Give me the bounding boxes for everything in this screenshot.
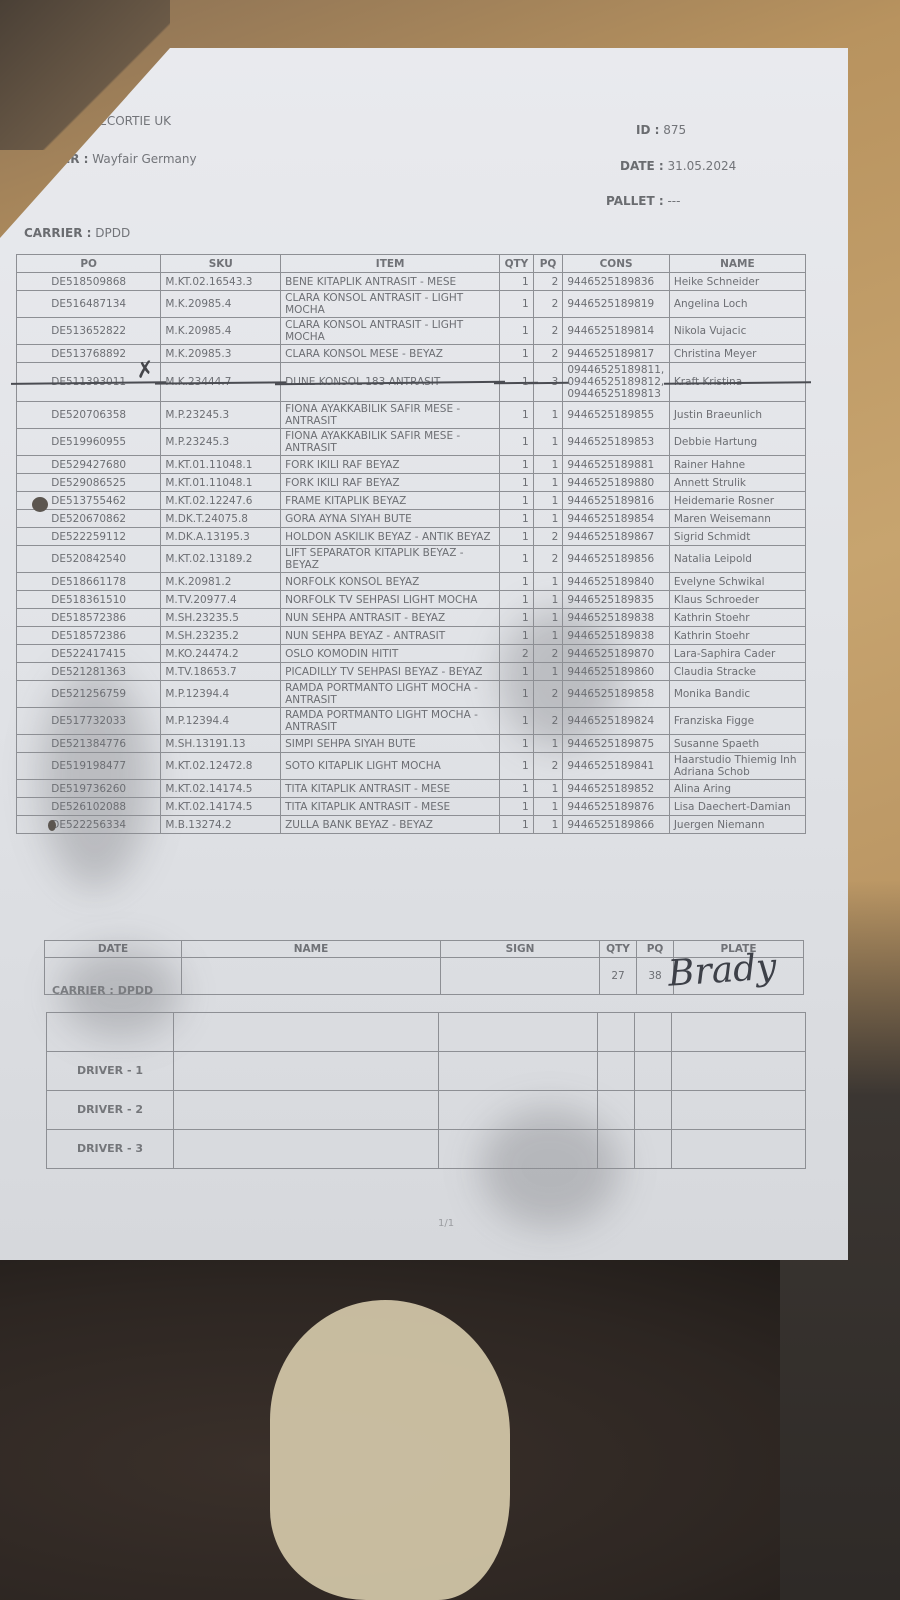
table-row: DE513652822M.K.20985.4CLARA KONSOL ANTRA… xyxy=(17,318,806,345)
cell-qty: 1 xyxy=(500,735,533,753)
cell-cons: 9446525189838 xyxy=(563,627,669,645)
cell-cons: 9446525189876 xyxy=(563,798,669,816)
cell-sku: M.TV.20977.4 xyxy=(161,591,281,609)
cell-cons: 9446525189858 xyxy=(563,681,669,708)
table-row: DE518572386M.SH.23235.2NUN SEHPA BEYAZ -… xyxy=(17,627,806,645)
cell-cons: 9446525189841 xyxy=(563,753,669,780)
cell-item: PICADILLY TV SEHPASI BEYAZ - BEYAZ xyxy=(281,663,500,681)
driver-row: DRIVER - 3 xyxy=(47,1130,806,1169)
cell-pq: 2 xyxy=(533,291,563,318)
cell-po: DE518572386 xyxy=(17,627,161,645)
cell-qty: 1 xyxy=(500,663,533,681)
cell-name: Justin Braeunlich xyxy=(669,402,805,429)
cell-sku: M.KO.24474.2 xyxy=(161,645,281,663)
cell-name: Heidemarie Rosner xyxy=(669,492,805,510)
cell-item: CLARA KONSOL MESE - BEYAZ xyxy=(281,345,500,363)
carrier-value: DPDD xyxy=(95,226,130,240)
cell-qty: 1 xyxy=(500,816,533,834)
id-label: ID : xyxy=(636,123,659,137)
cell-po: DE522259112 xyxy=(17,528,161,546)
pallet-field: PALLET : --- xyxy=(606,194,680,208)
cell-po: DE526102088 xyxy=(17,798,161,816)
cell-pq: 1 xyxy=(533,573,563,591)
table-row: DE518661178M.K.20981.2NORFOLK KONSOL BEY… xyxy=(17,573,806,591)
cell-qty: 1 xyxy=(500,402,533,429)
driver-2-qty xyxy=(598,1091,635,1130)
cell-name: Annett Strulik xyxy=(669,474,805,492)
driver-3-plate[interactable] xyxy=(672,1130,806,1169)
cell-item: FIONA AYAKKABILIK SAFIR MESE - ANTRASIT xyxy=(281,429,500,456)
cell-item: SIMPI SEHPA SIYAH BUTE xyxy=(281,735,500,753)
table-row: DE521384776M.SH.13191.13SIMPI SEHPA SIYA… xyxy=(17,735,806,753)
sign-col-qty: QTY xyxy=(600,941,637,958)
cell-pq: 2 xyxy=(533,753,563,780)
cell-name: Rainer Hahne xyxy=(669,456,805,474)
date-label: DATE : xyxy=(620,159,664,173)
cell-item: FORK IKILI RAF BEYAZ xyxy=(281,474,500,492)
cell-cons: 9446525189840 xyxy=(563,573,669,591)
cell-sku: M.P.12394.4 xyxy=(161,681,281,708)
sign-name-cell[interactable] xyxy=(182,958,441,995)
cell-sku: M.B.13274.2 xyxy=(161,816,281,834)
driver-3-sign[interactable] xyxy=(439,1130,598,1169)
column-header-po: PO xyxy=(17,255,161,273)
cell-pq: 2 xyxy=(533,273,563,291)
customer-value: Wayfair Germany xyxy=(92,152,196,166)
cell-pq: 2 xyxy=(533,708,563,735)
driver-3-qty xyxy=(598,1130,635,1169)
table-row: DE513755462M.KT.02.12247.6FRAME KITAPLIK… xyxy=(17,492,806,510)
cell-item: HOLDON ASKILIK BEYAZ - ANTIK BEYAZ xyxy=(281,528,500,546)
cell-cons: 9446525189838 xyxy=(563,609,669,627)
cell-item: RAMDA PORTMANTO LIGHT MOCHA - ANTRASIT xyxy=(281,681,500,708)
table-row: DE518509868M.KT.02.16543.3BENE KITAPLIK … xyxy=(17,273,806,291)
cell-item: CLARA KONSOL ANTRASIT - LIGHT MOCHA xyxy=(281,291,500,318)
cell-name: Susanne Spaeth xyxy=(669,735,805,753)
column-header-cons: CONS xyxy=(563,255,669,273)
cell-name: Heike Schneider xyxy=(669,273,805,291)
cell-item: FORK IKILI RAF BEYAZ xyxy=(281,456,500,474)
cell-pq: 3 xyxy=(533,363,563,402)
driver-2-sign[interactable] xyxy=(439,1091,598,1130)
cell-po: DE519736260 xyxy=(17,780,161,798)
cell-qty: 1 xyxy=(500,474,533,492)
cell-po: DE529086525 xyxy=(17,474,161,492)
driver-1-plate[interactable] xyxy=(672,1052,806,1091)
cell-pq: 1 xyxy=(533,474,563,492)
cell-name: Kathrin Stoehr xyxy=(669,609,805,627)
cell-sku: M.KT.01.11048.1 xyxy=(161,456,281,474)
cell-name: Klaus Schroeder xyxy=(669,591,805,609)
table-row: DE520670862M.DK.T.24075.8GORA AYNA SIYAH… xyxy=(17,510,806,528)
cell-pq: 2 xyxy=(533,645,563,663)
driver-row: DRIVER - 1 xyxy=(47,1052,806,1091)
cell-po: DE522417415 xyxy=(17,645,161,663)
column-header-sku: SKU xyxy=(161,255,281,273)
cell-po: DE518572386 xyxy=(17,609,161,627)
cell-qty: 1 xyxy=(500,546,533,573)
cell-cons: 9446525189854 xyxy=(563,510,669,528)
table-row: DE519960955M.P.23245.3FIONA AYAKKABILIK … xyxy=(17,429,806,456)
cell-sku: M.DK.A.13195.3 xyxy=(161,528,281,546)
driver-1-pq xyxy=(635,1052,672,1091)
cell-pq: 1 xyxy=(533,402,563,429)
column-header-qty: QTY xyxy=(500,255,533,273)
column-header-name: NAME xyxy=(669,255,805,273)
cell-cons: 9446525189856 xyxy=(563,546,669,573)
table-row: DE518572386M.SH.23235.5NUN SEHPA ANTRASI… xyxy=(17,609,806,627)
cell-cons: 9446525189814 xyxy=(563,318,669,345)
cell-pq: 1 xyxy=(533,627,563,645)
cell-name: Sigrid Schmidt xyxy=(669,528,805,546)
driver-2-plate[interactable] xyxy=(672,1091,806,1130)
cell-sku: M.P.23245.3 xyxy=(161,402,281,429)
cell-qty: 1 xyxy=(500,609,533,627)
sign-sign-cell[interactable] xyxy=(441,958,600,995)
cell-item: CLARA KONSOL ANTRASIT - LIGHT MOCHA xyxy=(281,318,500,345)
cell-po: DE516487134 xyxy=(17,291,161,318)
cell-cons: 9446525189817 xyxy=(563,345,669,363)
date-field: DATE : 31.05.2024 xyxy=(620,159,736,173)
cell-sku: M.P.12394.4 xyxy=(161,708,281,735)
cell-cons: 9446525189881 xyxy=(563,456,669,474)
cell-pq: 1 xyxy=(533,429,563,456)
cell-po: DE520706358 xyxy=(17,402,161,429)
cell-name: Angelina Loch xyxy=(669,291,805,318)
cell-item: TITA KITAPLIK ANTRASIT - MESE xyxy=(281,798,500,816)
cell-cons: 9446525189860 xyxy=(563,663,669,681)
driver-spacer-row xyxy=(47,1013,806,1052)
driver-2-label: DRIVER - 2 xyxy=(47,1091,174,1130)
delivery-sheet: DECORTIE UK ER : Wayfair Germany ID : 87… xyxy=(0,48,848,1260)
cell-pq: 1 xyxy=(533,816,563,834)
cell-sku: M.SH.23235.2 xyxy=(161,627,281,645)
customer-field: ER : Wayfair Germany xyxy=(62,152,197,166)
table-row: DE521281363M.TV.18653.7PICADILLY TV SEHP… xyxy=(17,663,806,681)
cell-sku: M.KT.02.14174.5 xyxy=(161,798,281,816)
cell-item: FRAME KITAPLIK BEYAZ xyxy=(281,492,500,510)
pallet-value: --- xyxy=(667,194,680,208)
background-object xyxy=(270,1300,510,1600)
cell-qty: 1 xyxy=(500,492,533,510)
cell-name: Nikola Vujacic xyxy=(669,318,805,345)
table-header-row: PO SKU ITEM QTY PQ CONS NAME xyxy=(17,255,806,273)
cell-po: DE518509868 xyxy=(17,273,161,291)
cell-sku: M.K.20985.3 xyxy=(161,345,281,363)
cell-name: Monika Bandic xyxy=(669,681,805,708)
cell-pq: 2 xyxy=(533,345,563,363)
table-row: DE526102088M.KT.02.14174.5TITA KITAPLIK … xyxy=(17,798,806,816)
table-row: DE529427680M.KT.01.11048.1FORK IKILI RAF… xyxy=(17,456,806,474)
table-row: DE529086525M.KT.01.11048.1FORK IKILI RAF… xyxy=(17,474,806,492)
pallet-label: PALLET : xyxy=(606,194,664,208)
cell-qty: 1 xyxy=(500,798,533,816)
cell-qty: 1 xyxy=(500,528,533,546)
cell-pq: 1 xyxy=(533,780,563,798)
cell-item: ZULLA BANK BEYAZ - BEYAZ xyxy=(281,816,500,834)
id-value: 875 xyxy=(663,123,686,137)
cell-pq: 1 xyxy=(533,591,563,609)
cell-po: DE520670862 xyxy=(17,510,161,528)
carrier-field: CARRIER : DPDD xyxy=(24,226,130,240)
cell-item: LIFT SEPARATOR KITAPLIK BEYAZ - BEYAZ xyxy=(281,546,500,573)
cell-pq: 2 xyxy=(533,528,563,546)
cell-cons: 9446525189855 xyxy=(563,402,669,429)
cell-item: SOTO KITAPLIK LIGHT MOCHA xyxy=(281,753,500,780)
id-field: ID : 875 xyxy=(636,123,686,137)
cell-cons: 9446525189836 xyxy=(563,273,669,291)
table-row: DE520842540M.KT.02.13189.2LIFT SEPARATOR… xyxy=(17,546,806,573)
cell-sku: M.K.20981.2 xyxy=(161,573,281,591)
carrier-label: CARRIER : xyxy=(24,226,91,240)
cell-po: DE521281363 xyxy=(17,663,161,681)
customer-label: ER : xyxy=(62,152,88,166)
cell-pq: 1 xyxy=(533,456,563,474)
cell-sku: M.KT.01.11048.1 xyxy=(161,474,281,492)
cell-qty: 1 xyxy=(500,456,533,474)
cell-sku: M.K.23444.7 xyxy=(161,363,281,402)
cell-item: OSLO KOMODIN HITIT xyxy=(281,645,500,663)
cell-name: Kathrin Stoehr xyxy=(669,627,805,645)
cell-pq: 2 xyxy=(533,318,563,345)
cell-name: Natalia Leipold xyxy=(669,546,805,573)
table-row: DE519198477M.KT.02.12472.8SOTO KITAPLIK … xyxy=(17,753,806,780)
cell-qty: 1 xyxy=(500,573,533,591)
cell-sku: M.KT.02.12247.6 xyxy=(161,492,281,510)
cell-po: DE529427680 xyxy=(17,456,161,474)
date-value: 31.05.2024 xyxy=(668,159,737,173)
column-header-item: ITEM xyxy=(281,255,500,273)
cell-name: Debbie Hartung xyxy=(669,429,805,456)
cell-sku: M.SH.23235.5 xyxy=(161,609,281,627)
cell-cons: 9446525189866 xyxy=(563,816,669,834)
table-row: DE520706358M.P.23245.3FIONA AYAKKABILIK … xyxy=(17,402,806,429)
cell-qty: 1 xyxy=(500,291,533,318)
cell-item: NUN SEHPA ANTRASIT - BEYAZ xyxy=(281,609,500,627)
cell-name: Haarstudio Thiemig Inh Adriana Schob xyxy=(669,753,805,780)
cell-qty: 1 xyxy=(500,345,533,363)
strike-line xyxy=(155,381,286,384)
sign-col-date: DATE xyxy=(45,941,182,958)
cell-cons: 9446525189824 xyxy=(563,708,669,735)
cell-po: DE518661178 xyxy=(17,573,161,591)
cell-po: DE513652822 xyxy=(17,318,161,345)
cell-po: DE520842540 xyxy=(17,546,161,573)
cell-name: Evelyne Schwikal xyxy=(669,573,805,591)
cell-name: Christina Meyer xyxy=(669,345,805,363)
cell-qty: 1 xyxy=(500,510,533,528)
driver-1-name[interactable] xyxy=(174,1052,439,1091)
cell-po: DE521384776 xyxy=(17,735,161,753)
page-number: 1/1 xyxy=(438,1218,454,1229)
cell-qty: 1 xyxy=(500,318,533,345)
cell-pq: 1 xyxy=(533,492,563,510)
cell-po: DE517732033 xyxy=(17,708,161,735)
cell-qty: 1 xyxy=(500,273,533,291)
stain-dot xyxy=(48,820,56,831)
cell-sku: M.P.23245.3 xyxy=(161,429,281,456)
driver-2-name[interactable] xyxy=(174,1091,439,1130)
cell-qty: 1 xyxy=(500,429,533,456)
cell-cons: 9446525189875 xyxy=(563,735,669,753)
table-row: DE518361510M.TV.20977.4NORFOLK TV SEHPAS… xyxy=(17,591,806,609)
total-qty: 27 xyxy=(600,958,637,995)
driver-row: DRIVER - 2 xyxy=(47,1091,806,1130)
cell-cons: 9446525189852 xyxy=(563,780,669,798)
cell-po: DE518361510 xyxy=(17,591,161,609)
strike-line xyxy=(664,381,811,384)
cell-cons: 9446525189816 xyxy=(563,492,669,510)
cell-qty: 1 xyxy=(500,681,533,708)
sign-col-name: NAME xyxy=(182,941,441,958)
cell-sku: M.TV.18653.7 xyxy=(161,663,281,681)
cell-item: DUNE KONSOL 183 ANTRASIT xyxy=(281,363,500,402)
cell-name: Alina Aring xyxy=(669,780,805,798)
cell-cons: 9446525189867 xyxy=(563,528,669,546)
cell-po: DE519198477 xyxy=(17,753,161,780)
shipment-table: PO SKU ITEM QTY PQ CONS NAME DE518509868… xyxy=(16,254,806,834)
table-row: DE516487134M.K.20985.4CLARA KONSOL ANTRA… xyxy=(17,291,806,318)
cell-cons: 9446525189870 xyxy=(563,645,669,663)
cell-sku: M.KT.02.13189.2 xyxy=(161,546,281,573)
cell-pq: 1 xyxy=(533,609,563,627)
cell-name: Lara-Saphira Cader xyxy=(669,645,805,663)
sign-col-sign: SIGN xyxy=(441,941,600,958)
cell-po: DE521256759 xyxy=(17,681,161,708)
cell-sku: M.KT.02.16543.3 xyxy=(161,273,281,291)
cell-cons: 9446525189819 xyxy=(563,291,669,318)
table-row: DE522417415M.KO.24474.2OSLO KOMODIN HITI… xyxy=(17,645,806,663)
cell-item: RAMDA PORTMANTO LIGHT MOCHA - ANTRASIT xyxy=(281,708,500,735)
table-row: DE521256759M.P.12394.4RAMDA PORTMANTO LI… xyxy=(17,681,806,708)
cell-po: DE519960955 xyxy=(17,429,161,456)
cell-item: BENE KITAPLIK ANTRASIT - MESE xyxy=(281,273,500,291)
cell-cons: 09446525189811,09446525189812,0944652518… xyxy=(563,363,669,402)
driver-1-label: DRIVER - 1 xyxy=(47,1052,174,1091)
cell-name: Kraft Kristina xyxy=(669,363,805,402)
cell-name: Franziska Figge xyxy=(669,708,805,735)
cell-name: Lisa Daechert-Damian xyxy=(669,798,805,816)
cell-qty: 1 xyxy=(500,780,533,798)
cell-sku: M.DK.T.24075.8 xyxy=(161,510,281,528)
cell-qty: 1 xyxy=(500,708,533,735)
cell-item: TITA KITAPLIK ANTRASIT - MESE xyxy=(281,780,500,798)
handwritten-x-mark: ✗ xyxy=(134,357,156,384)
cell-item: FIONA AYAKKABILIK SAFIR MESE - ANTRASIT xyxy=(281,402,500,429)
cell-sku: M.KT.02.12472.8 xyxy=(161,753,281,780)
driver-1-sign[interactable] xyxy=(439,1052,598,1091)
cell-pq: 1 xyxy=(533,663,563,681)
cell-po: DE522256334 xyxy=(17,816,161,834)
table-row: DE522256334M.B.13274.2ZULLA BANK BEYAZ -… xyxy=(17,816,806,834)
cell-pq: 1 xyxy=(533,510,563,528)
driver-3-pq xyxy=(635,1130,672,1169)
strike-line xyxy=(275,381,505,385)
driver-3-name[interactable] xyxy=(174,1130,439,1169)
cell-qty: 1 xyxy=(500,591,533,609)
cell-name: Claudia Stracke xyxy=(669,663,805,681)
table-row: DE519736260M.KT.02.14174.5TITA KITAPLIK … xyxy=(17,780,806,798)
cell-pq: 2 xyxy=(533,546,563,573)
cell-pq: 1 xyxy=(533,798,563,816)
driver-2-pq xyxy=(635,1091,672,1130)
driver-3-label: DRIVER - 3 xyxy=(47,1130,174,1169)
handwritten-plate: Brady xyxy=(667,946,778,994)
cell-name: Maren Weisemann xyxy=(669,510,805,528)
cell-cons: 9446525189835 xyxy=(563,591,669,609)
cell-name: Juergen Niemann xyxy=(669,816,805,834)
cell-qty: 1 xyxy=(500,753,533,780)
cell-item: NORFOLK TV SEHPASI LIGHT MOCHA xyxy=(281,591,500,609)
cell-pq: 2 xyxy=(533,681,563,708)
cell-cons: 9446525189853 xyxy=(563,429,669,456)
cell-item: GORA AYNA SIYAH BUTE xyxy=(281,510,500,528)
driver-table: DRIVER - 1 DRIVER - 2 DRIVER - 3 xyxy=(46,1012,806,1169)
cell-pq: 1 xyxy=(533,735,563,753)
sign-date-cell[interactable] xyxy=(45,958,182,995)
column-header-pq: PQ xyxy=(533,255,563,273)
cell-item: NORFOLK KONSOL BEYAZ xyxy=(281,573,500,591)
driver-1-qty xyxy=(598,1052,635,1091)
table-row: DE517732033M.P.12394.4RAMDA PORTMANTO LI… xyxy=(17,708,806,735)
cell-sku: M.K.20985.4 xyxy=(161,318,281,345)
table-row: DE522259112M.DK.A.13195.3HOLDON ASKILIK … xyxy=(17,528,806,546)
cell-sku: M.K.20985.4 xyxy=(161,291,281,318)
cell-sku: M.KT.02.14174.5 xyxy=(161,780,281,798)
cell-cons: 9446525189880 xyxy=(563,474,669,492)
cell-sku: M.SH.13191.13 xyxy=(161,735,281,753)
cell-qty: 2 xyxy=(500,645,533,663)
cell-qty: 1 xyxy=(500,627,533,645)
stain-dot xyxy=(32,497,48,512)
cell-item: NUN SEHPA BEYAZ - ANTRASIT xyxy=(281,627,500,645)
